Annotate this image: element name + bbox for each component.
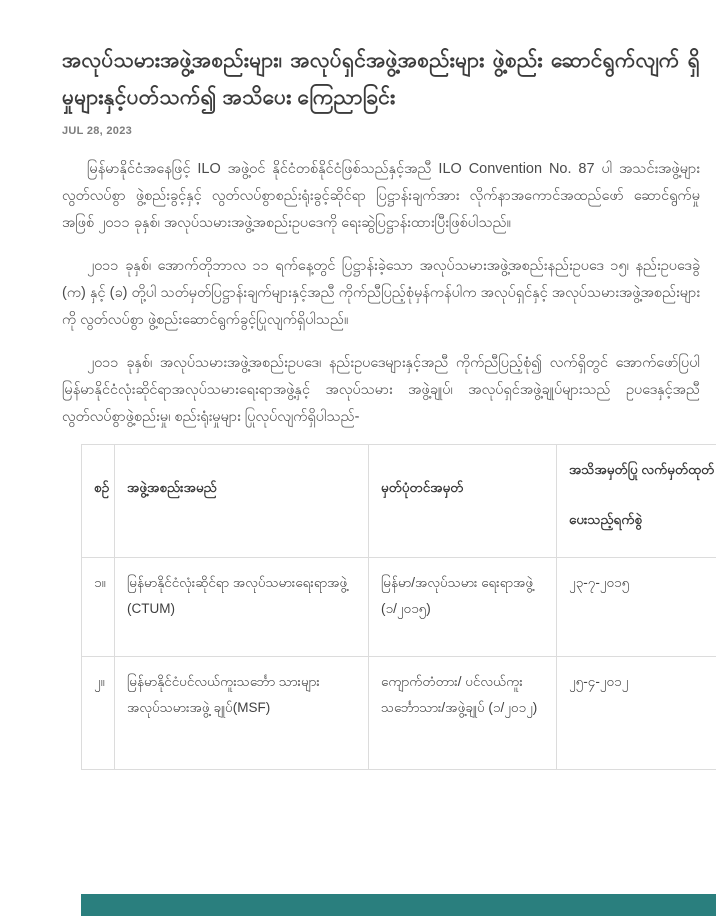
paragraph-1: မြန်မာနိုင်ငံအနေဖြင့် ILO အဖွဲ့ဝင် နိုင်… (62, 156, 700, 237)
organizations-table-wrapper: စဉ် အဖွဲ့အစည်းအမည် မှတ်ပုံတင်အမှတ် အသိအမ… (81, 444, 716, 770)
table-header-row: စဉ် အဖွဲ့အစည်းအမည် မှတ်ပုံတင်အမှတ် အသိအမ… (82, 445, 716, 558)
paragraph-3: ၂၀၁၁ ခုနှစ်၊ အလုပ်သမားအဖွဲ့အစည်းဥပဒေ၊ နည… (62, 350, 700, 431)
paragraph-2: ၂၀၁၁ ခုနှစ်၊ အောက်တိုဘာလ ၁၁ ရက်နေ့တွင် ပ… (62, 253, 700, 334)
row1-no: ၁။ (82, 558, 115, 657)
row2-registration-number: ကျောက်တံတား/ ပင်လယ်ကူး သင်္ဘောသား/အဖွဲ့ခ… (369, 657, 557, 770)
row1-certificate-date: ၂၃-၇-၂၀၁၅ (557, 558, 716, 657)
announcement-page: အလုပ်သမားအဖွဲ့အစည်းများ၊ အလုပ်ရှင်အဖွဲ့အ… (0, 0, 716, 770)
row1-organization-name: မြန်မာနိုင်ငံလုံးဆိုင်ရာ အလုပ်သမားရေးရာအ… (115, 558, 369, 657)
page-title: အလုပ်သမားအဖွဲ့အစည်းများ၊ အလုပ်ရှင်အဖွဲ့အ… (62, 42, 700, 116)
publish-date: JUL 28, 2023 (62, 125, 700, 137)
header-certificate-date-line1: အသိအမှတ်ပြု လက်မှတ်ထုတ် (569, 457, 716, 483)
table-row: ၁။ မြန်မာနိုင်ငံလုံးဆိုင်ရာ အလုပ်သမားရေး… (82, 558, 716, 657)
row2-organization-name: မြန်မာနိုင်ငံပင်လယ်ကူးသင်္ဘော သားများအလု… (115, 657, 369, 770)
header-certificate-date: အသိအမှတ်ပြု လက်မှတ်ထုတ် ပေးသည့်ရက်စွဲ (557, 445, 716, 558)
organizations-table: စဉ် အဖွဲ့အစည်းအမည် မှတ်ပုံတင်အမှတ် အသိအမ… (81, 444, 716, 770)
row1-registration-number: မြန်မာ/အလုပ်သမား ရေးရာအဖွဲ့ (၁/၂၀၁၅) (369, 558, 557, 657)
next-section-top-strip (81, 894, 716, 916)
row2-no: ၂။ (82, 657, 115, 770)
row2-certificate-date: ၂၅-၄-၂၀၁၂ (557, 657, 716, 770)
header-organization-name: အဖွဲ့အစည်းအမည် (115, 445, 369, 558)
header-certificate-date-line2: ပေးသည့်ရက်စွဲ (569, 507, 716, 533)
header-registration-number: မှတ်ပုံတင်အမှတ် (369, 445, 557, 558)
header-no: စဉ် (82, 445, 115, 558)
table-row: ၂။ မြန်မာနိုင်ငံပင်လယ်ကူးသင်္ဘော သားများ… (82, 657, 716, 770)
